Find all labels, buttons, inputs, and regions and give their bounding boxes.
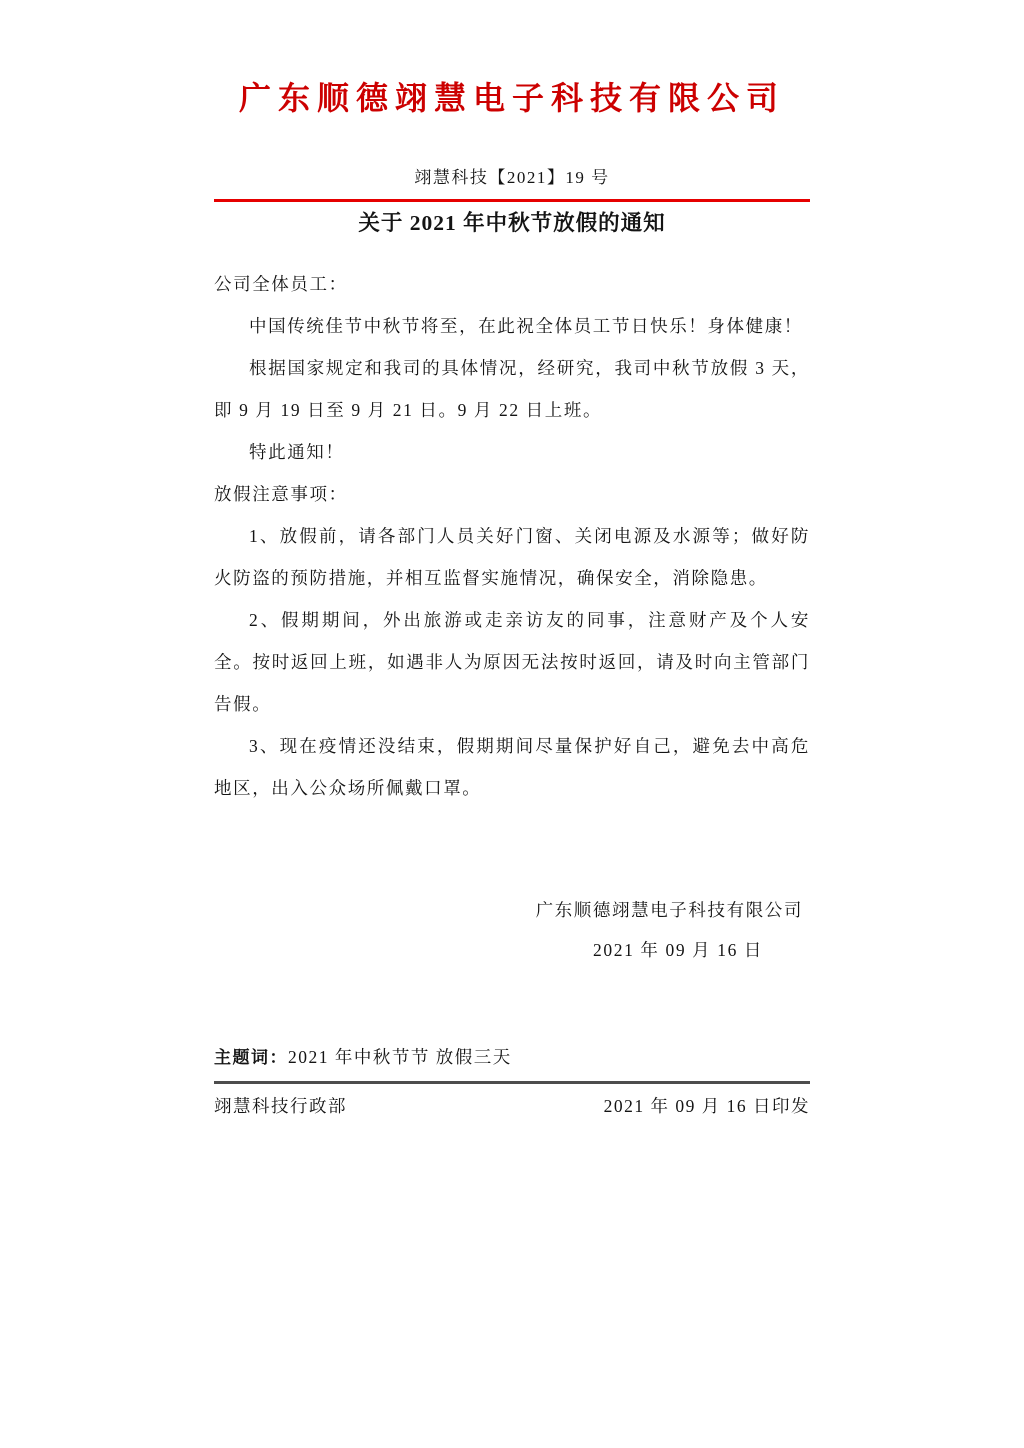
notice-body: 公司全体员工： 中国传统佳节中秋节将至，在此祝全体员工节日快乐！身体健康！ 根据… bbox=[214, 263, 810, 809]
notes-heading: 放假注意事项： bbox=[214, 473, 810, 515]
signature-date: 2021 年 09 月 16 日 bbox=[214, 930, 810, 970]
notice-title: 关于 2021 年中秋节放假的通知 bbox=[214, 206, 810, 240]
signature-block: 广东顺德翊慧电子科技有限公司 2021 年 09 月 16 日 bbox=[214, 890, 810, 970]
document-footer: 主题词：2021 年中秋节节 放假三天 翊慧科技行政部 2021 年 09 月 … bbox=[214, 1042, 810, 1121]
subject-line: 主题词：2021 年中秋节节 放假三天 bbox=[214, 1042, 810, 1073]
subject-value: 2021 年中秋节节 放假三天 bbox=[288, 1047, 512, 1067]
red-divider-rule bbox=[214, 199, 810, 202]
issue-info-row: 翊慧科技行政部 2021 年 09 月 16 日印发 bbox=[214, 1091, 810, 1121]
salutation: 公司全体员工： bbox=[214, 263, 810, 305]
body-paragraph-closing: 特此通知！ bbox=[214, 431, 810, 473]
signature-company-name: 广东顺德翊慧电子科技有限公司 bbox=[214, 890, 810, 930]
notes-item-2: 2、假期期间，外出旅游或走亲访友的同事，注意财产及个人安全。按时返回上班，如遇非… bbox=[214, 599, 810, 725]
subject-label: 主题词： bbox=[214, 1048, 288, 1067]
print-date: 2021 年 09 月 16 日印发 bbox=[604, 1091, 810, 1121]
body-paragraph-greeting: 中国传统佳节中秋节将至，在此祝全体员工节日快乐！身体健康！ bbox=[214, 305, 810, 347]
body-paragraph-holiday-dates: 根据国家规定和我司的具体情况，经研究，我司中秋节放假 3 天，即 9 月 19 … bbox=[214, 347, 810, 431]
notes-item-3: 3、现在疫情还没结束，假期期间尽量保护好自己，避免去中高危地区，出入公众场所佩戴… bbox=[214, 725, 810, 809]
footer-divider-rule bbox=[214, 1081, 810, 1084]
company-letterhead-title: 广东顺德翊慧电子科技有限公司 bbox=[214, 78, 810, 118]
document-content: 广东顺德翊慧电子科技有限公司 翊慧科技【2021】19 号 关于 2021 年中… bbox=[214, 78, 810, 1121]
notes-item-1: 1、放假前，请各部门人员关好门窗、关闭电源及水源等；做好防火防盗的预防措施，并相… bbox=[214, 515, 810, 599]
notice-document-page: 广东顺德翊慧电子科技有限公司 翊慧科技【2021】19 号 关于 2021 年中… bbox=[0, 0, 1024, 1448]
issuing-department: 翊慧科技行政部 bbox=[214, 1091, 347, 1121]
document-number: 翊慧科技【2021】19 号 bbox=[214, 166, 810, 190]
